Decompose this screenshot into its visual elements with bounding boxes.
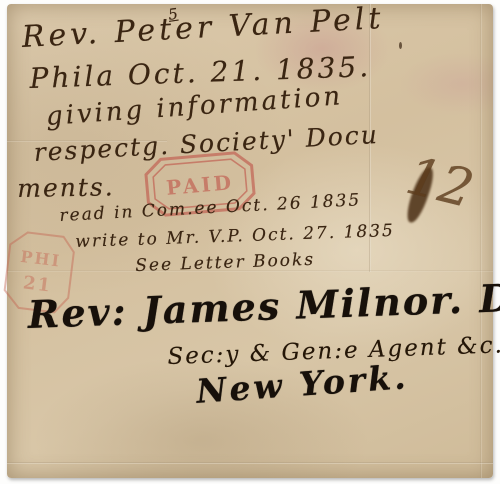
docket-line-addressee: Rev. Peter Van Pelt [21,1,385,55]
docket-line-subject-3: ments. [17,172,115,203]
fold-crease [480,4,482,478]
committee-line-write: write to Mr. V.P. Oct. 27. 1835 [75,221,395,252]
address-line-name: Rev: James Milnor. D.D. [27,273,500,337]
ink-speck [399,42,402,49]
letter-paper: 5 Rev. Peter Van Pelt Phila Oct. 21. 183… [7,4,493,478]
committee-line-letterbooks: See Letter Books [135,250,315,276]
paid-stamp-text: PAID [165,170,235,200]
fold-crease [7,462,493,464]
datestamp-town-text: PHI [19,247,62,271]
scan-of-historic-letter: 5 Rev. Peter Van Pelt Phila Oct. 21. 183… [0,0,500,484]
